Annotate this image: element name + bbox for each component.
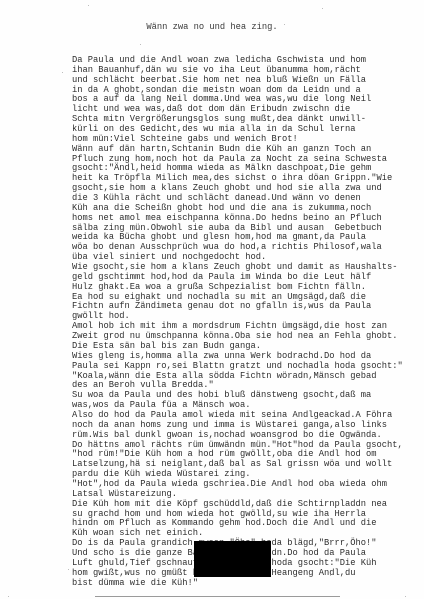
redaction-block — [194, 541, 271, 577]
scan-speck — [62, 72, 63, 73]
document-title: Wänn zwa no und hea zing. — [0, 22, 424, 32]
document-body: Da Paula und die Andl woan zwa ledicha G… — [72, 56, 422, 588]
bottom-rule — [95, 596, 340, 597]
scan-speck — [140, 44, 141, 45]
typewritten-page: Wänn zwa no und hea zing. Da Paula und d… — [0, 0, 424, 599]
scan-speck — [284, 24, 285, 25]
scan-speck — [68, 569, 69, 570]
scan-speck — [405, 596, 406, 597]
scan-speck — [330, 575, 331, 576]
scan-speck — [322, 8, 323, 9]
text-line: bist dümma wie die Küh!" — [72, 579, 422, 589]
scan-speck — [88, 5, 89, 6]
scan-speck — [8, 596, 9, 597]
